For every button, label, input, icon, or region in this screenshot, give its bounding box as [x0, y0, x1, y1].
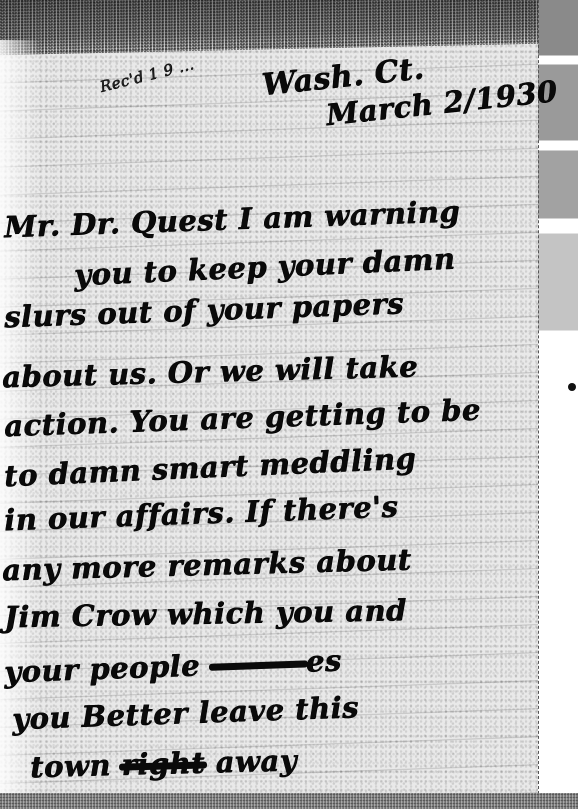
photocopy-bottom-noise: [0, 793, 578, 809]
letter-line-11: you Better leave this: [11, 690, 359, 736]
struck-through-word-right: right: [121, 745, 205, 781]
letter-line-6: to damn smart meddling: [3, 441, 417, 493]
letter-line-10-tail: es: [305, 643, 342, 678]
struck-through-word: [210, 644, 307, 681]
photocopy-right-margin: [538, 0, 578, 809]
letter-line-3: slurs out of your papers: [3, 286, 404, 334]
letter-line-9: Jim Crow which you and: [4, 593, 407, 634]
letter-line-1: Mr. Dr. Quest I am warning: [3, 194, 460, 244]
letter-line-8: any more remarks about: [2, 542, 412, 587]
letter-line-12: town right away: [30, 743, 298, 784]
letter-line-5: action. You are getting to be: [3, 392, 481, 443]
photocopy-top-noise: [0, 0, 578, 55]
letter-page: Rec'd 1 9 ... Wash. Ct. March 2/1930 Mr.…: [0, 0, 578, 809]
letter-line-10: your people es: [3, 643, 342, 689]
letter-line-2: you to keep your damn: [73, 241, 456, 292]
letter-line-12-text: town: [30, 748, 112, 784]
margin-dot-mark: [568, 383, 576, 391]
letter-line-4: about us. Or we will take: [2, 349, 419, 394]
archival-margin-note: Rec'd 1 9 ...: [98, 55, 196, 96]
letter-line-7: in our affairs. If there's: [3, 489, 398, 537]
letter-line-12-tail: away: [215, 743, 297, 779]
letter-line-10-text: your people: [3, 648, 200, 689]
